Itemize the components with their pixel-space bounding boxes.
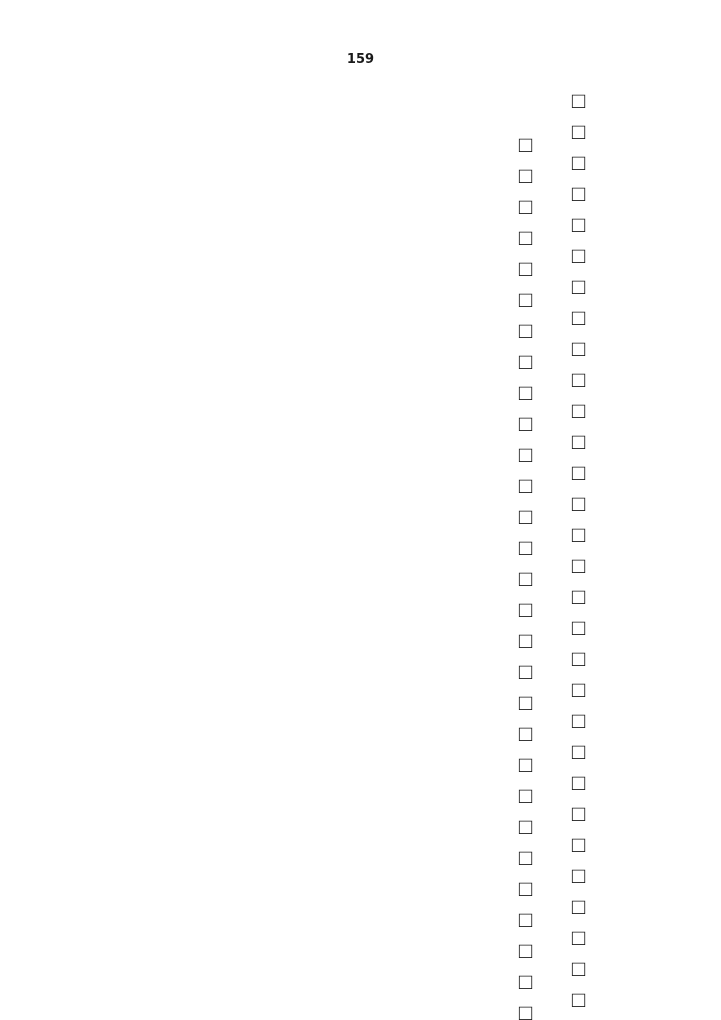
page-number: 159 xyxy=(0,52,721,67)
paragraph-1: □□□□□□□□□□□□□□□□□□□□□□□□□□□□□□□□□□□□□□□□… xyxy=(558,88,599,936)
paragraph-2: □□□□□□□□□□□□□□□□□□□□□□□□□□□□□□□□□□□□□□□□… xyxy=(505,88,546,936)
body-text-area: □□□□□□□□□□□□□□□□□□□□□□□□□□□□□□□□□□□□□□□□… xyxy=(505,88,599,936)
document-page: 159 □□□□□□□□□□□□□□□□□□□□□□□□□□□□□□□□□□□□… xyxy=(0,0,721,1020)
